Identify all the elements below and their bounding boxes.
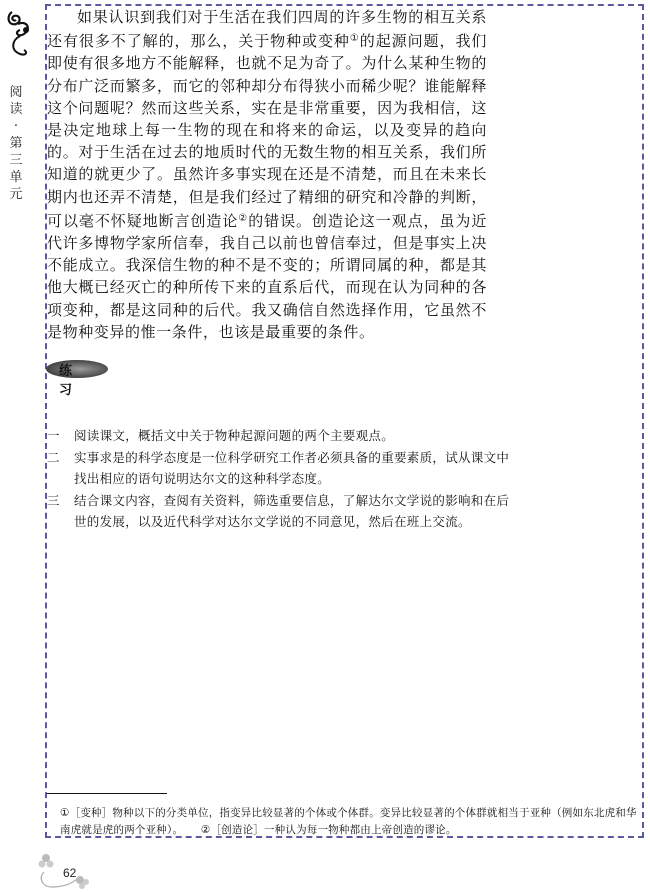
exercise-text: 结合课文内容，查阅有关资料，筛选重要信息，了解达尔文学说的影响和在后世的发展，以… (74, 490, 517, 533)
scroll-ornament-icon (4, 6, 34, 58)
footnotes: ①［变种］物种以下的分类单位，指变异比较显著的个体或个体群。变异比较显著的个体群… (60, 805, 645, 839)
main-paragraph: 如果认识到我们对于生活在我们四周的许多生物的相互关系还有很多不了解的，那么，关于… (47, 6, 487, 343)
side-label-char: 阅 (8, 84, 24, 101)
exercise-number: 二 (47, 447, 74, 490)
exercise-item: 一 阅读课文，概括文中关于物种起源问题的两个主要观点。 (47, 425, 517, 447)
footnote-2: ②［创造论］一种认为每一物种都由上帝创造的谬论。 (201, 824, 457, 836)
page-number: 62 (63, 866, 76, 880)
exercise-text: 阅读课文，概括文中关于物种起源问题的两个主要观点。 (74, 425, 517, 447)
paragraph-text: 的起源问题，我们即使有很多地方不能解释，也就不足为奇了。为什么某种生物的分布广泛… (47, 32, 487, 230)
side-label-char: · (8, 118, 24, 135)
exercise-item: 二 实事求是的科学态度是一位科学研究工作者必须具备的重要素质，试从课文中找出相应… (47, 447, 517, 490)
side-label-char: 元 (8, 186, 24, 203)
exercise-badge-label: 练习 (59, 360, 108, 398)
footnote-divider (47, 793, 167, 794)
side-label-char: 单 (8, 169, 24, 186)
side-label-char: 三 (8, 152, 24, 169)
exercise-number: 一 (47, 425, 74, 447)
exercise-number: 三 (47, 490, 74, 533)
footnote-ref-1[interactable]: ① (350, 33, 360, 44)
footnote-ref-2[interactable]: ② (238, 213, 248, 224)
exercise-section-badge: 练习 (46, 360, 108, 378)
unit-label-vertical: 阅 读 · 第 三 单 元 (8, 84, 24, 203)
paragraph-text: 的错误。创造论这一观点，虽为近代许多博物学家所信奉，我自己以前也曾信奉过，但是事… (47, 212, 487, 341)
exercise-text: 实事求是的科学态度是一位科学研究工作者必须具备的重要素质，试从课文中找出相应的语… (74, 447, 517, 490)
side-label-char: 读 (8, 101, 24, 118)
exercise-list: 一 阅读课文，概括文中关于物种起源问题的两个主要观点。 二 实事求是的科学态度是… (47, 425, 517, 533)
side-label-char: 第 (8, 135, 24, 152)
exercise-item: 三 结合课文内容，查阅有关资料，筛选重要信息，了解达尔文学说的影响和在后世的发展… (47, 490, 517, 533)
